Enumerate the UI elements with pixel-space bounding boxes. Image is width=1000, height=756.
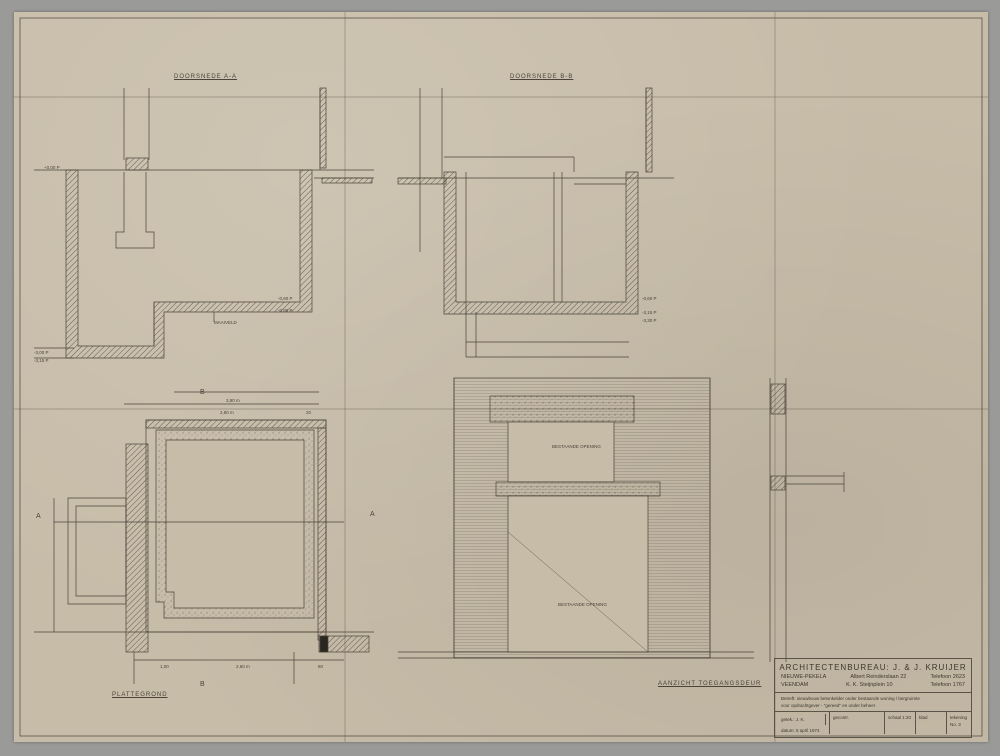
level-label: -0,60 P	[642, 296, 657, 302]
dimension-label: 2,80 m	[220, 410, 234, 416]
address-row-1: NIEUWE-PEKELA Albert Reinderslaan 22 Tel…	[775, 674, 971, 680]
dimension-label: 1,00	[160, 664, 169, 670]
ground-level-label: MAAIVELD	[214, 320, 237, 326]
description-line: voor opdrachtgever - "gereed" en onder b…	[781, 702, 965, 709]
view-title-section-bb: DOORSNEDE B-B	[510, 74, 573, 80]
opening-note-top: BESTAANDE OPENING	[552, 444, 601, 450]
level-label: -3,15 P	[34, 358, 49, 364]
view-title-door-elevation: AANZICHT TOEGANGSDEUR	[658, 681, 761, 687]
dimension-label: 2,60 m	[236, 664, 250, 670]
address-1: Albert Reinderslaan 22	[850, 674, 906, 680]
cell-checked: gecontr.	[830, 712, 885, 734]
firm-name: ARCHITECTENBUREAU: J. & J. KRUIJER	[775, 663, 971, 672]
drawing-linework	[14, 12, 988, 742]
dimension-label: 20	[306, 410, 311, 416]
drawn-by: getek.: J. K.	[778, 714, 826, 725]
project-description: Betreft: nieuwbouw betonkelder onder bes…	[775, 692, 971, 712]
level-label: -3,15 P	[642, 310, 657, 316]
city-1: NIEUWE-PEKELA	[781, 674, 826, 680]
date: datum: 5 april 1974	[778, 725, 826, 736]
dimension-label: 3,90 m	[226, 398, 240, 404]
section-marker-b-bottom: B	[200, 682, 205, 688]
dimension-label: 60	[318, 664, 323, 670]
section-marker-b-top: B	[200, 390, 205, 396]
city-2: VEENDAM	[781, 682, 808, 688]
section-marker-a-right: A	[370, 512, 375, 518]
view-title-plan: PLATTEGROND	[112, 692, 168, 698]
phone-2: Telefoon 1767	[930, 682, 965, 688]
level-label: -3,30 P	[642, 318, 657, 324]
blueprint-sheet: DOORSNEDE A-A DOORSNEDE B-B PLATTEGROND …	[14, 12, 988, 742]
address-row-2: VEENDAM K. K. Steijnplein 10 Telefoon 17…	[775, 682, 971, 688]
cell-scale: schaal 1:20	[885, 712, 916, 734]
title-block: ARCHITECTENBUREAU: J. & J. KRUIJER NIEUW…	[774, 658, 972, 738]
view-title-section-aa: DOORSNEDE A-A	[174, 74, 237, 80]
cell-sheet: blad	[916, 712, 947, 734]
cell-drawn-date: getek.: J. K. datum: 5 april 1974	[775, 712, 830, 734]
level-label: +0,00 P	[44, 165, 60, 171]
level-label: -0,60 P	[278, 296, 293, 302]
title-block-cells: getek.: J. K. datum: 5 april 1974 gecont…	[775, 712, 971, 734]
level-label: -0,80 P	[278, 308, 293, 314]
phone-1: Telefoon 2623	[930, 674, 965, 680]
level-label: -3,00 P	[34, 350, 49, 356]
section-marker-a-left: A	[36, 514, 41, 520]
address-2: K. K. Steijnplein 10	[846, 682, 892, 688]
opening-note-bottom: BESTAANDE OPENING	[558, 602, 607, 608]
cell-drawing-number: tekening No. 3	[947, 712, 971, 734]
description-line: Betreft: nieuwbouw betonkelder onder bes…	[781, 695, 965, 702]
